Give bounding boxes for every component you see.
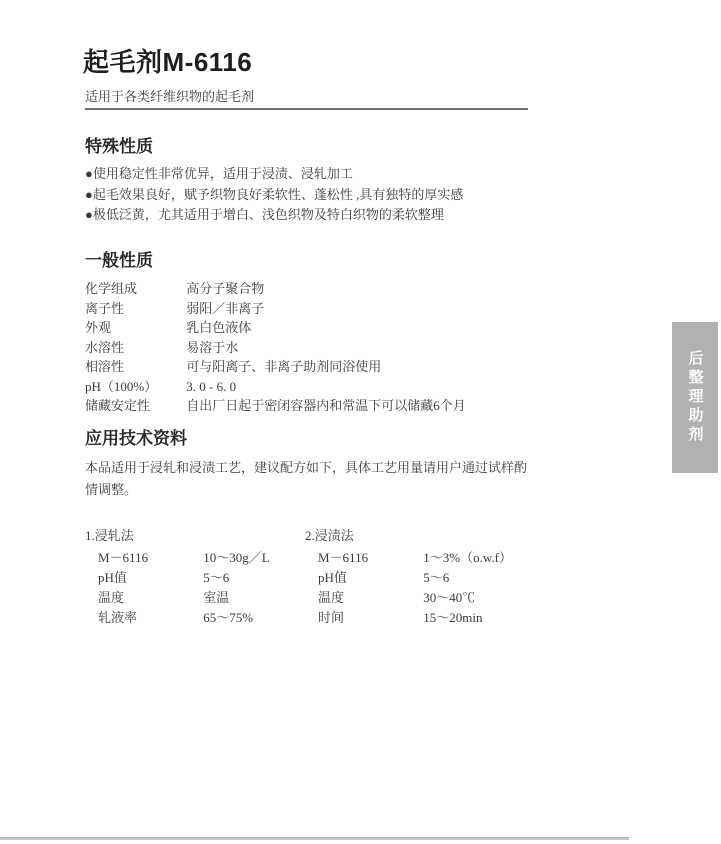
recipe-label: pH值 [98, 568, 200, 588]
table-row: 温度 30～40℃ [318, 588, 512, 608]
method-title: 2.浸渍法 [305, 526, 512, 546]
section-heading: 一般性质 [85, 251, 466, 271]
recipe-label: 时间 [318, 608, 420, 628]
bullet-item: ●使用稳定性非常优异，适用于浸渍、浸轧加工 [85, 164, 463, 185]
method-pad: 1.浸轧法 M－6116 10～30g／L pH值 5～6 温度 室温 轧液率 … [85, 526, 305, 628]
property-label: 离子性 [85, 299, 183, 319]
recipe-value: 室温 [203, 588, 229, 608]
recipe-value: 65～75% [203, 608, 253, 628]
method-title: 1.浸轧法 [85, 526, 305, 546]
section-heading: 特殊性质 [85, 137, 463, 157]
recipe-value: 30～40℃ [423, 588, 475, 608]
table-row: 外观 乳白色液体 [85, 318, 466, 338]
property-label: 水溶性 [85, 338, 183, 358]
recipe-label: M－6116 [98, 548, 200, 568]
property-value: 3. 0 - 6. 0 [186, 377, 236, 397]
property-label: pH（100%） [85, 377, 183, 397]
property-label: 储藏安定性 [85, 396, 183, 416]
property-value: 弱阳／非离子 [186, 299, 264, 319]
table-row: pH值 5～6 [98, 568, 305, 588]
section-application-data: 应用技术资料 本品适用于浸轧和浸渍工艺，建议配方如下，具体工艺用量请用户通过试样… [85, 429, 563, 628]
property-value: 高分子聚合物 [186, 279, 264, 299]
table-row: pH值 5～6 [318, 568, 512, 588]
table-row: pH（100%） 3. 0 - 6. 0 [85, 377, 466, 397]
recipe-label: M－6116 [318, 548, 420, 568]
recipe-label: 轧液率 [98, 608, 200, 628]
table-row: M－6116 10～30g／L [98, 548, 305, 568]
section-heading: 应用技术资料 [85, 429, 563, 449]
method-dip: 2.浸渍法 M－6116 1～3%（o.w.f） pH值 5～6 温度 30～4… [305, 526, 512, 628]
table-row: 时间 15～20min [318, 608, 512, 628]
category-side-tab: 后整理助剂 [672, 322, 718, 473]
application-intro: 本品适用于浸轧和浸渍工艺，建议配方如下，具体工艺用量请用户通过试样酌情调整。 [85, 457, 537, 501]
table-row: 轧液率 65～75% [98, 608, 305, 628]
table-row: 离子性 弱阳／非离子 [85, 299, 466, 319]
recipe-label: 温度 [98, 588, 200, 608]
category-side-tab-label: 后整理助剂 [688, 350, 703, 445]
section-general-properties: 一般性质 化学组成 高分子聚合物 离子性 弱阳／非离子 外观 乳白色液体 水溶性… [85, 251, 466, 416]
page-subtitle: 适用于各类纤维织物的起毛剂 [85, 89, 254, 104]
header-divider [85, 108, 528, 110]
recipe-value: 5～6 [203, 568, 229, 588]
table-row: M－6116 1～3%（o.w.f） [318, 548, 512, 568]
method-rows: M－6116 1～3%（o.w.f） pH值 5～6 温度 30～40℃ 时间 … [305, 548, 512, 628]
recipe-label: pH值 [318, 568, 420, 588]
recipe-label: 温度 [318, 588, 420, 608]
property-table: 化学组成 高分子聚合物 离子性 弱阳／非离子 外观 乳白色液体 水溶性 易溶于水… [85, 279, 466, 416]
method-tables: 1.浸轧法 M－6116 10～30g／L pH值 5～6 温度 室温 轧液率 … [85, 526, 563, 628]
section-special-properties: 特殊性质 ●使用稳定性非常优异，适用于浸渍、浸轧加工 ●起毛效果良好，赋予织物良… [85, 137, 463, 226]
recipe-value: 5～6 [423, 568, 449, 588]
bullet-item: ●极低泛黄，尤其适用于增白、浅色织物及特白织物的柔软整理 [85, 205, 463, 226]
footer-divider [0, 837, 629, 840]
recipe-value: 10～30g／L [203, 548, 269, 568]
bullet-list: ●使用稳定性非常优异，适用于浸渍、浸轧加工 ●起毛效果良好，赋予织物良好柔软性、… [85, 164, 463, 226]
property-value: 乳白色液体 [186, 318, 251, 338]
table-row: 化学组成 高分子聚合物 [85, 279, 466, 299]
bullet-item: ●起毛效果良好，赋予织物良好柔软性、蓬松性 ,具有独特的厚实感 [85, 185, 463, 206]
property-value: 自出厂日起于密闭容器内和常温下可以储藏6个月 [186, 396, 466, 416]
table-row: 温度 室温 [98, 588, 305, 608]
page-title: 起毛剂M-6116 [83, 47, 252, 77]
table-row: 水溶性 易溶于水 [85, 338, 466, 358]
method-rows: M－6116 10～30g／L pH值 5～6 温度 室温 轧液率 65～75% [85, 548, 305, 628]
table-row: 相溶性 可与阳离子、非离子助剂同浴使用 [85, 357, 466, 377]
property-label: 化学组成 [85, 279, 183, 299]
recipe-value: 1～3%（o.w.f） [423, 548, 512, 568]
property-value: 易溶于水 [186, 338, 238, 358]
recipe-value: 15～20min [423, 608, 482, 628]
property-value: 可与阳离子、非离子助剂同浴使用 [186, 357, 381, 377]
table-row: 储藏安定性 自出厂日起于密闭容器内和常温下可以储藏6个月 [85, 396, 466, 416]
property-label: 相溶性 [85, 357, 183, 377]
property-label: 外观 [85, 318, 183, 338]
